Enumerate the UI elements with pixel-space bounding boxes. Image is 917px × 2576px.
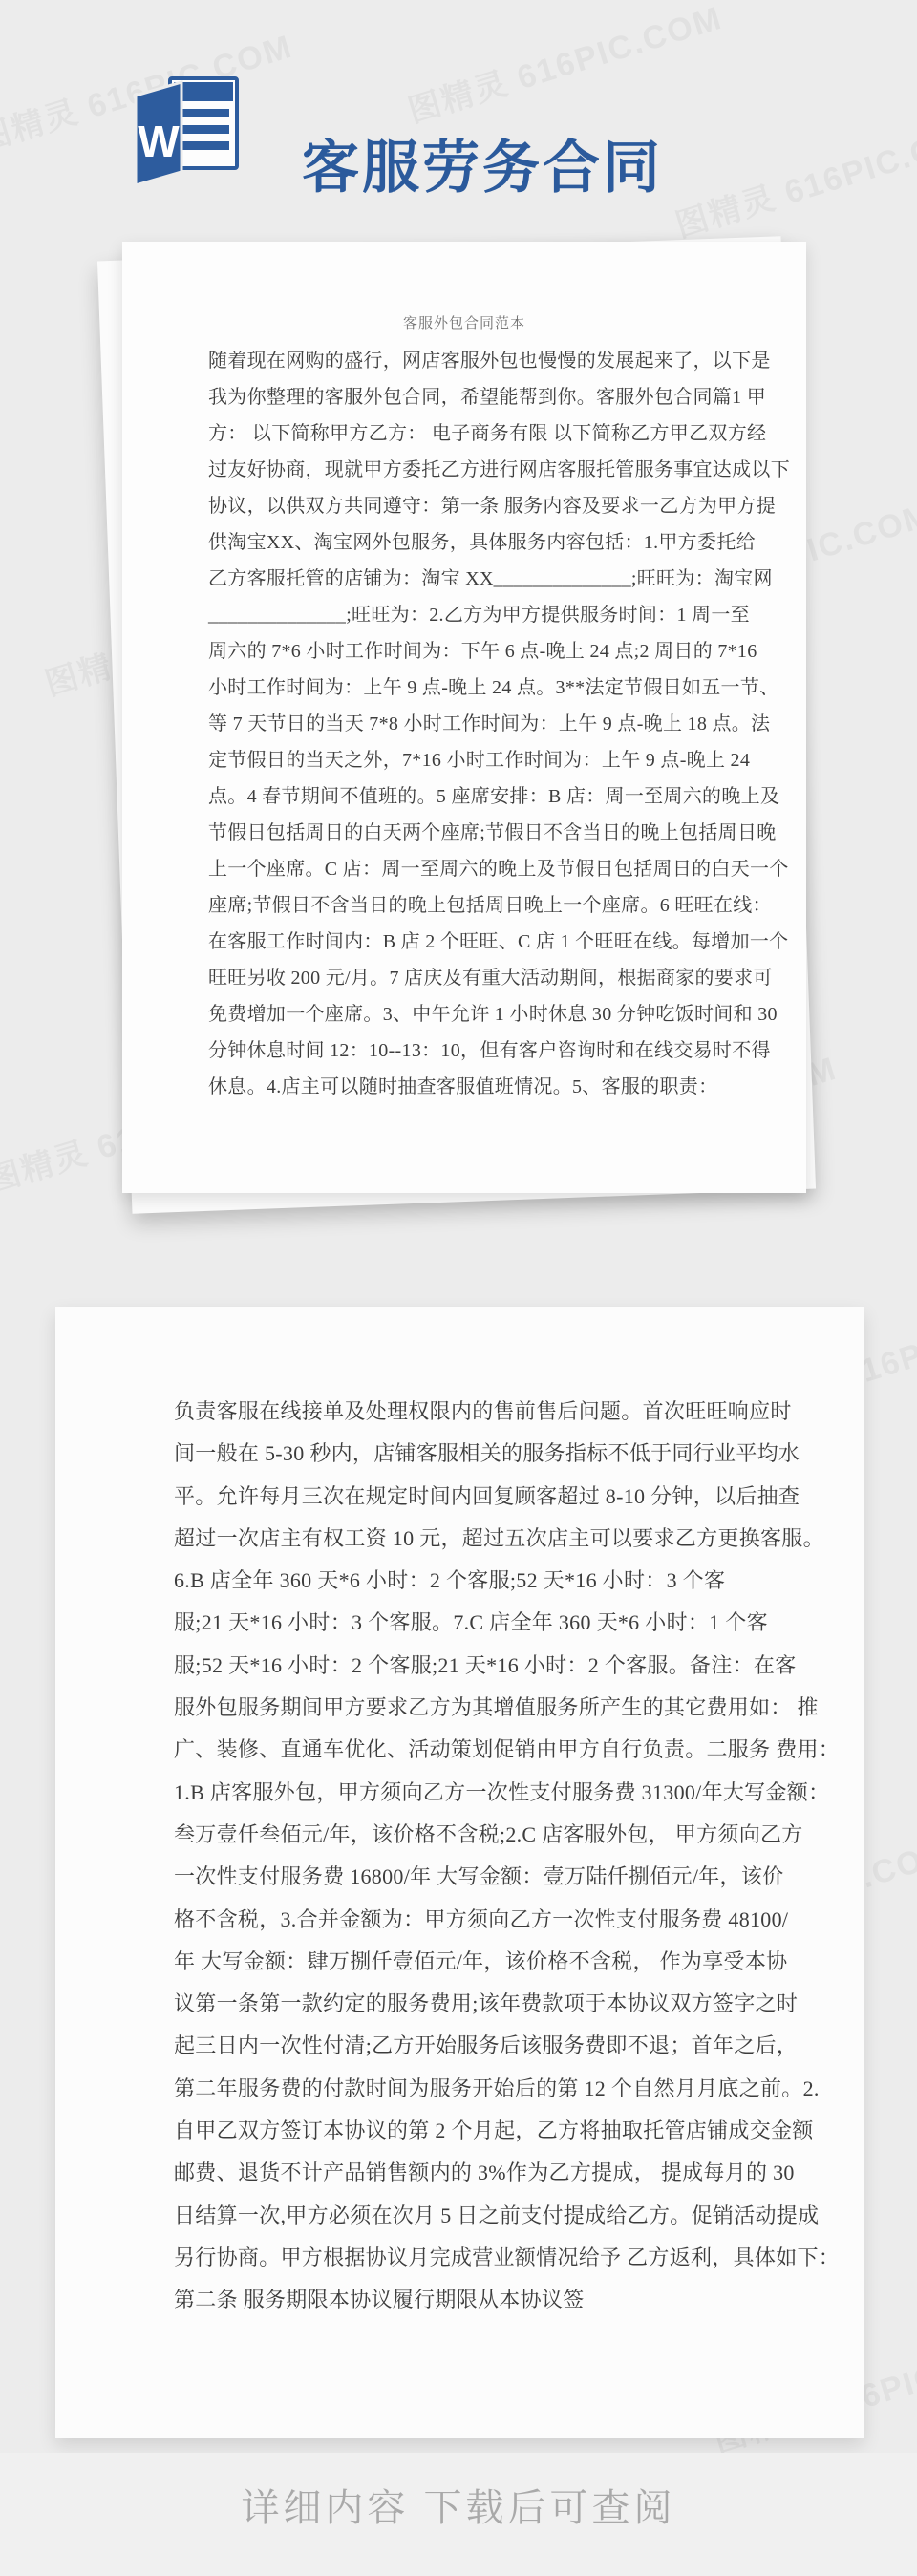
text-line: 分钟休息时间 12：10--13：10，但有客户咨询时和在线交易时不得 bbox=[208, 1033, 781, 1069]
text-line: 一次性支付服务费 16800/年 大写金额：壹万陆仟捌佰元/年，该价 bbox=[174, 1856, 823, 1898]
footer-note: 详细内容 下载后可查阅 bbox=[0, 2478, 917, 2532]
text-line: 叁万壹仟叁佰元/年，该价格不含税;2.C 店客服外包， 甲方须向乙方 bbox=[174, 1814, 823, 1856]
template-preview-page: 图精灵 616PIC.COM 图精灵 616PIC.COM 图精灵 616PIC… bbox=[0, 0, 917, 2576]
text-line: 周六的 7*6 小时工作时间为：下午 6 点-晚上 24 点;2 周日的 7*1… bbox=[208, 633, 781, 670]
header: W 客服劳务合同 bbox=[0, 0, 917, 210]
text-line: 方： 以下简称甲方乙方： 电子商务有限 以下简称乙方甲乙双方经 bbox=[208, 415, 781, 452]
text-line: 超过一次店主有权工资 10 元，超过五次店主可以要求乙方更换客服。 bbox=[174, 1518, 823, 1560]
text-line: 在客服工作时间内：B 店 2 个旺旺、C 店 1 个旺旺在线。每增加一个 bbox=[208, 924, 781, 960]
page1-body-text: 随着现在网购的盛行，网店客服外包也慢慢的发展起来了，以下是我为你整理的客服外包合… bbox=[208, 343, 781, 1105]
page1-sheet: 客服外包合同范本 随着现在网购的盛行，网店客服外包也慢慢的发展起来了，以下是我为… bbox=[122, 242, 806, 1193]
page-title: 客服劳务合同 bbox=[302, 122, 663, 204]
text-line: 定节假日的当天之外，7*16 小时工作时间为：上午 9 点-晚上 24 bbox=[208, 742, 781, 778]
text-line: 1.B 店客服外包，甲方须向乙方一次性支付服务费 31300/年大写金额： bbox=[174, 1772, 823, 1814]
page2-body-text: 负责客服在线接单及处理权限内的售前售后问题。首次旺旺响应时间一般在 5-30 秒… bbox=[174, 1391, 823, 2322]
text-line: 邮费、退货不计产品销售额内的 3%作为乙方提成， 提成每月的 30 bbox=[174, 2152, 823, 2194]
word-icon-letter: W bbox=[138, 117, 180, 166]
text-line: 第二年服务费的付款时间为服务开始后的第 12 个自然月月底之前。2. bbox=[174, 2068, 823, 2110]
text-line: 服外包服务期间甲方要求乙方为其增值服务所产生的其它费用如： 推 bbox=[174, 1687, 823, 1729]
text-line: 休息。4.店主可以随时抽查客服值班情况。5、客服的职责： bbox=[208, 1069, 781, 1105]
text-line: 过友好协商，现就甲方委托乙方进行网店客服托管服务事宜达成以下 bbox=[208, 452, 781, 488]
text-line: 供淘宝XX、淘宝网外包服务，具体服务内容包括：1.甲方委托给 bbox=[208, 524, 781, 561]
text-line: 格不含税，3.合并金额为：甲方须向乙方一次性支付服务费 48100/ bbox=[174, 1899, 823, 1941]
text-line: 协议，以供双方共同遵守：第一条 服务内容及要求一乙方为甲方提 bbox=[208, 488, 781, 524]
text-line: 服;21 天*16 小时：3 个客服。7.C 店全年 360 天*6 小时：1 … bbox=[174, 1602, 823, 1644]
text-line: 6.B 店全年 360 天*6 小时：2 个客服;52 天*16 小时：3 个客 bbox=[174, 1560, 823, 1602]
text-line: 负责客服在线接单及处理权限内的售前售后问题。首次旺旺响应时 bbox=[174, 1391, 823, 1433]
text-line: 随着现在网购的盛行，网店客服外包也慢慢的发展起来了，以下是 bbox=[208, 343, 781, 379]
text-line: 年 大写金额：肆万捌仟壹佰元/年，该价格不含税， 作为享受本协 bbox=[174, 1941, 823, 1983]
text-line: 平。允许每月三次在规定时间内回复顾客超过 8-10 分钟，以后抽查 bbox=[174, 1476, 823, 1518]
page2-sheet: 负责客服在线接单及处理权限内的售前售后问题。首次旺旺响应时间一般在 5-30 秒… bbox=[55, 1307, 864, 2438]
text-line: 第二条 服务期限本协议履行期限从本协议签 bbox=[174, 2279, 823, 2321]
text-line: 小时工作时间为：上午 9 点-晚上 24 点。3**法定节假日如五一节、 bbox=[208, 670, 781, 706]
text-line: 座席;节假日不含当日的晚上包括周日晚上一个座席。6 旺旺在线： bbox=[208, 887, 781, 924]
text-line: 点。4 春节期间不值班的。5 座席安排：B 店：周一至周六的晚上及 bbox=[208, 778, 781, 815]
document-heading: 客服外包合同范本 bbox=[122, 312, 806, 332]
text-line: 上一个座席。C 店：周一至周六的晚上及节假日包括周日的白天一个 bbox=[208, 851, 781, 887]
text-line: 乙方客服托管的店铺为：淘宝 XX______________;旺旺为：淘宝网 bbox=[208, 561, 781, 597]
text-line: 议第一条第一款约定的服务费用;该年费款项于本协议双方签字之时 bbox=[174, 1983, 823, 2025]
text-line: 广、装修、直通车优化、活动策划促销由甲方自行负责。二服务 费用： bbox=[174, 1729, 823, 1771]
word-icon: W bbox=[126, 76, 241, 185]
text-line: 节假日包括周日的白天两个座席;节假日不含当日的晚上包括周日晚 bbox=[208, 815, 781, 851]
text-line: 另行协商。甲方根据协议月完成营业额情况给予 乙方返利，具体如下： bbox=[174, 2237, 823, 2279]
text-line: 日结算一次,甲方必须在次月 5 日之前支付提成给乙方。促销活动提成 bbox=[174, 2195, 823, 2237]
text-line: 起三日内一次性付清;乙方开始服务后该服务费即不退；首年之后， bbox=[174, 2025, 823, 2067]
text-line: 我为你整理的客服外包合同，希望能帮到你。客服外包合同篇1 甲 bbox=[208, 379, 781, 415]
text-line: 间一般在 5-30 秒内，店铺客服相关的服务指标不低于同行业平均水 bbox=[174, 1433, 823, 1475]
text-line: ______________;旺旺为：2.乙方为甲方提供服务时间：1 周一至 bbox=[208, 597, 781, 633]
text-line: 等 7 天节日的当天 7*8 小时工作时间为：上午 9 点-晚上 18 点。法 bbox=[208, 706, 781, 742]
text-line: 免费增加一个座席。3、中午允许 1 小时休息 30 分钟吃饭时间和 30 bbox=[208, 996, 781, 1033]
text-line: 服;52 天*16 小时：2 个客服;21 天*16 小时：2 个客服。备注：在… bbox=[174, 1645, 823, 1687]
text-line: 自甲乙双方签订本协议的第 2 个月起，乙方将抽取托管店铺成交金额 bbox=[174, 2110, 823, 2152]
text-line: 旺旺另收 200 元/月。7 店庆及有重大活动期间，根据商家的要求可 bbox=[208, 960, 781, 996]
